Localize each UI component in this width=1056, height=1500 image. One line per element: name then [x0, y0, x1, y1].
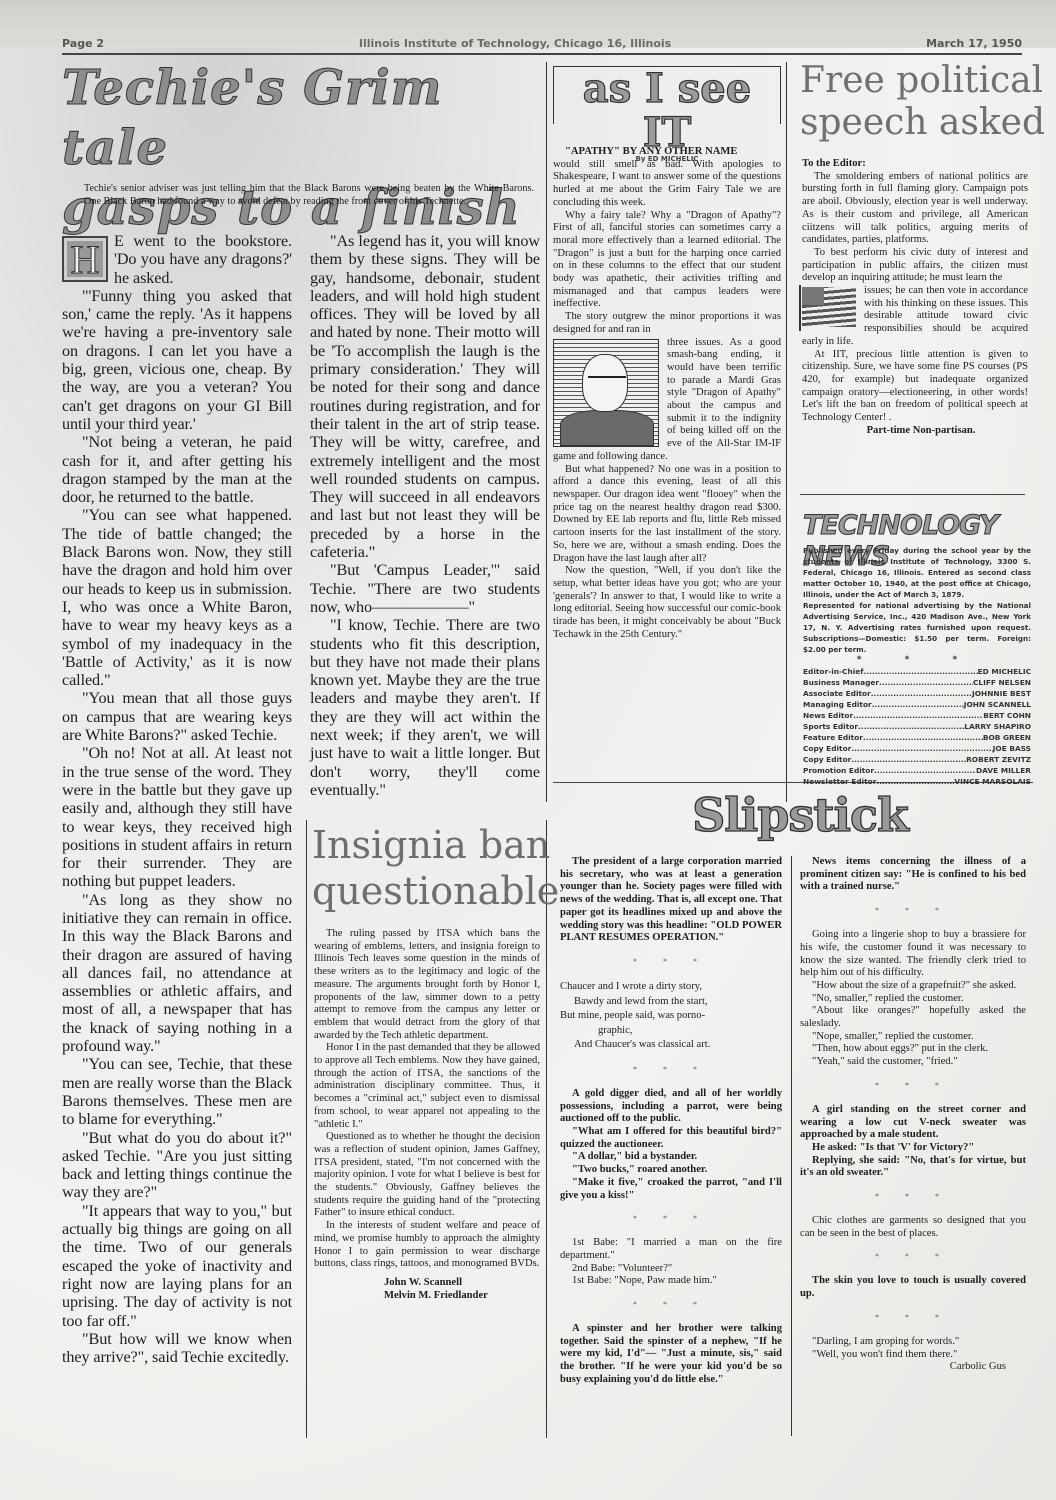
star-separator: * * *	[803, 655, 1031, 666]
insignia-article: The ruling passed by ITSA which bans the…	[314, 928, 540, 1302]
staff-row: News EditorBERT COHN	[803, 710, 1031, 721]
publication-line: Illinois Institute of Technology, Chicag…	[359, 37, 671, 53]
column-title: as I see IT	[554, 67, 780, 155]
column-rule	[306, 820, 307, 1438]
author-portrait	[553, 339, 659, 447]
staff-row: Feature EditorBOB GREEN	[803, 732, 1031, 743]
chaucer-poem: Chaucer and I wrote a dirty story, Bawdy…	[560, 980, 782, 1053]
column-rule	[791, 856, 792, 1436]
page-masthead: Page 2 Illinois Institute of Technology,…	[62, 37, 1022, 55]
newspaper-page: Page 2 Illinois Institute of Technology,…	[0, 0, 1056, 1500]
drop-cap: H	[62, 236, 108, 282]
letter-to-editor: To the Editor: The smoldering embers of …	[802, 158, 1028, 437]
staff-row: Managing EditorJOHN SCANNELL	[803, 699, 1031, 710]
publication-info-box: Published every Friday during the school…	[803, 545, 1031, 787]
slipstick-title: Slipstick	[680, 788, 920, 842]
letter-signature: Part-time Non-partisan.	[802, 425, 1028, 438]
staff-box: Editor-in-ChiefED MICHELIC Business Mana…	[803, 666, 1031, 787]
staff-row: Sports EditorLARRY SHAPIRO	[803, 721, 1031, 732]
insignia-headline: Insignia ban questionable	[312, 822, 559, 914]
column-title-box: as I see IT By ED MICHELIC	[553, 66, 781, 124]
staff-row: Copy EditorJOE BASS	[803, 743, 1031, 754]
column-lead: "APATHY" BY ANY OTHER NAME	[553, 146, 781, 159]
techie-column-2: "As legend has it, you will know them by…	[310, 232, 540, 799]
slipstick-right-column: News items concerning the illness of a p…	[800, 856, 1026, 1372]
section-rule	[800, 494, 1025, 495]
slipstick-signature: Carbolic Gus	[800, 1361, 1026, 1372]
staff-row: Business ManagerCLIFF NELSEN	[803, 677, 1031, 688]
techie-headline: Techie's Grim tale gasps to a finish	[62, 58, 542, 238]
column-rule	[786, 62, 787, 802]
staff-row: Editor-in-ChiefED MICHELIC	[803, 666, 1031, 677]
techie-deck: Techie's senior adviser was just telling…	[84, 183, 534, 208]
column-rule	[546, 62, 547, 802]
staff-row: Promotion EditorDAVE MILLER	[803, 765, 1031, 776]
slipstick-left-column: The president of a large corporation mar…	[560, 856, 782, 1387]
american-flag-icon	[802, 287, 856, 327]
staff-row: Copy EditorROBERT ZEVITZ	[803, 754, 1031, 765]
staff-row: Newsletter EditorVINCE MARSOLAIS	[803, 776, 1031, 787]
letter-headline: Free political speech asked	[800, 60, 1045, 144]
staff-row: Associate EditorJOHNNIE BEST	[803, 688, 1031, 699]
issue-date: March 17, 1950	[926, 37, 1022, 53]
column-article: "APATHY" BY ANY OTHER NAME would still s…	[553, 146, 781, 641]
techie-column-1: H E went to the bookstore. 'Do you have …	[62, 232, 292, 1366]
page-number: Page 2	[62, 37, 104, 53]
insignia-authors: John W. Scannell Melvin M. Friedlander	[314, 1277, 540, 1302]
